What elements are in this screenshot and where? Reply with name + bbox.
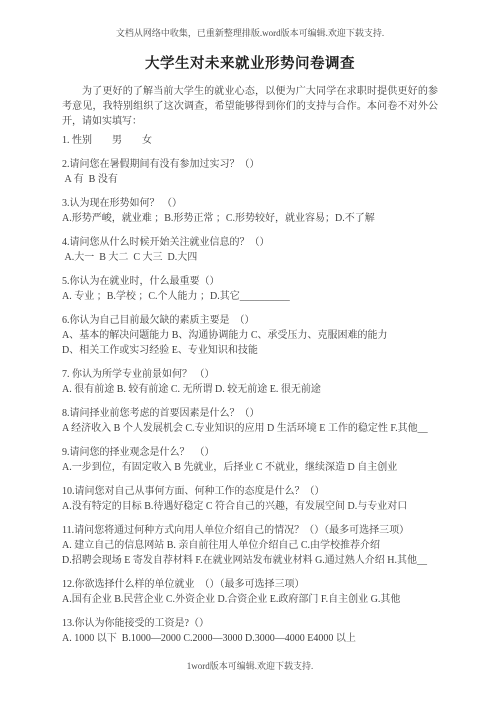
intro-paragraph: 为了更好的了解当前大学生的就业心态，以便为广大同学在求职时提供更好的参考意见，我…	[62, 84, 438, 129]
option-line: A 有 B 没有	[62, 172, 438, 187]
option-line: A.大一 B 大二 C 大三 D.大四	[62, 250, 438, 265]
option-line: A. 建立自己的信息网站 B. 亲自前往用人单位介绍自己 C.由学校推荐介绍	[62, 538, 438, 553]
question-list: 1. 性别 男 女 2.请问您在暑假期间有没有参加过实习？（） A 有 B 没有…	[62, 133, 438, 646]
option-line: A. 1000 以下 B.1000—2000 C.2000—3000 D.300…	[62, 631, 438, 646]
option-line: A.一步到位，有固定收入 B 先就业，后择业 C 不就业，继续深造 D 自主创业	[62, 460, 438, 475]
option-line: A. 很有前途 B. 较有前途 C. 无所谓 D. 较无前途 E. 很无前途	[62, 382, 438, 397]
question-text: 12.你欲选择什么样的单位就业 （）（最多可选择三项）	[62, 577, 438, 592]
question-text: 6.你认为自己目前最欠缺的素质主要是 （）	[62, 313, 438, 328]
question-text: 5.你认为在就业时，什么最重要（）	[62, 274, 438, 289]
question-text: 2.请问您在暑假期间有没有参加过实习？（）	[62, 157, 438, 172]
question-block: 1. 性别 男 女	[62, 133, 438, 148]
option-line: A、基本的解决问题能力 B、沟通协调能力 C、承受压力、克服困难的能力	[62, 328, 438, 343]
question-block: 11.请问您将通过何种方式向用人单位介绍自己的情况？（）（最多可选择三项） A.…	[62, 523, 438, 568]
question-block: 6.你认为自己目前最欠缺的素质主要是 （） A、基本的解决问题能力 B、沟通协调…	[62, 313, 438, 358]
option-line: D、相关工作或实习经验 E、专业知识和技能	[62, 343, 438, 358]
question-text: 4.请问您从什么时候开始关注就业信息的？（）	[62, 235, 438, 250]
question-text: 3.认为现在形势如何？ （）	[62, 196, 438, 211]
option-line: A 经济收入 B 个人发展机会 C.专业知识的应用 D 生活环境 E 工作的稳定…	[62, 421, 438, 436]
question-text: 9.请问您的择业观念是什么？ （）	[62, 445, 438, 460]
question-block: 5.你认为在就业时，什么最重要（） A. 专业 ；B.学校 ；C.个人能力 ；D…	[62, 274, 438, 304]
option-line: A.没有特定的目标 B.待遇好稳定 C 符合自己的兴趣，有发展空间 D.与专业对…	[62, 499, 438, 514]
question-block: 12.你欲选择什么样的单位就业 （）（最多可选择三项） A.国有企业 B.民营企…	[62, 577, 438, 607]
question-block: 8.请问择业前您考虑的首要因素是什么？（） A 经济收入 B 个人发展机会 C.…	[62, 406, 438, 436]
question-text: 8.请问择业前您考虑的首要因素是什么？（）	[62, 406, 438, 421]
option-line: A.形势严峻，就业难 ；B.形势正常 ；C.形势较好，就业容易；D.不了解	[62, 211, 438, 226]
question-block: 4.请问您从什么时候开始关注就业信息的？（） A.大一 B 大二 C 大三 D.…	[62, 235, 438, 265]
question-text: 10.请问您对自己从事何方面、何种工作的态度是什么？（）	[62, 484, 438, 499]
document-footer-note: 1word版本可编辑.欢迎下载支持.	[0, 660, 500, 672]
option-line: A. 专业 ；B.学校 ；C.个人能力 ；D.其它__________	[62, 289, 438, 304]
question-text: 7. 你认为所学专业前景如何？ （）	[62, 367, 438, 382]
question-block: 10.请问您对自己从事何方面、何种工作的态度是什么？（） A.没有特定的目标 B…	[62, 484, 438, 514]
question-block: 9.请问您的择业观念是什么？ （） A.一步到位，有固定收入 B 先就业，后择业…	[62, 445, 438, 475]
question-block: 2.请问您在暑假期间有没有参加过实习？（） A 有 B 没有	[62, 157, 438, 187]
page-title: 大学生对未来就业形势问卷调查	[0, 54, 500, 74]
question-text: 11.请问您将通过何种方式向用人单位介绍自己的情况？（）（最多可选择三项）	[62, 523, 438, 538]
question-block: 7. 你认为所学专业前景如何？ （） A. 很有前途 B. 较有前途 C. 无所…	[62, 367, 438, 397]
document-page: 文档从网络中收集，已重新整理排版.word版本可编辑.欢迎下载支持. 大学生对未…	[0, 0, 500, 707]
document-header-note: 文档从网络中收集，已重新整理排版.word版本可编辑.欢迎下载支持.	[0, 0, 500, 39]
question-block: 3.认为现在形势如何？ （） A.形势严峻，就业难 ；B.形势正常 ；C.形势较…	[62, 196, 438, 226]
option-line: A.国有企业 B.民营企业 C.外资企业 D.合资企业 E.政府部门 F.自主创…	[62, 592, 438, 607]
option-line: D.招聘会现场 E 寄发自荐材料 F.在就业网站发布就业材料 G.通过熟人介绍 …	[62, 553, 438, 568]
question-text: 13.你认为你能接受的工资是?（）	[62, 616, 438, 631]
question-text: 1. 性别 男 女	[62, 133, 438, 148]
question-block: 13.你认为你能接受的工资是?（） A. 1000 以下 B.1000—2000…	[62, 616, 438, 646]
